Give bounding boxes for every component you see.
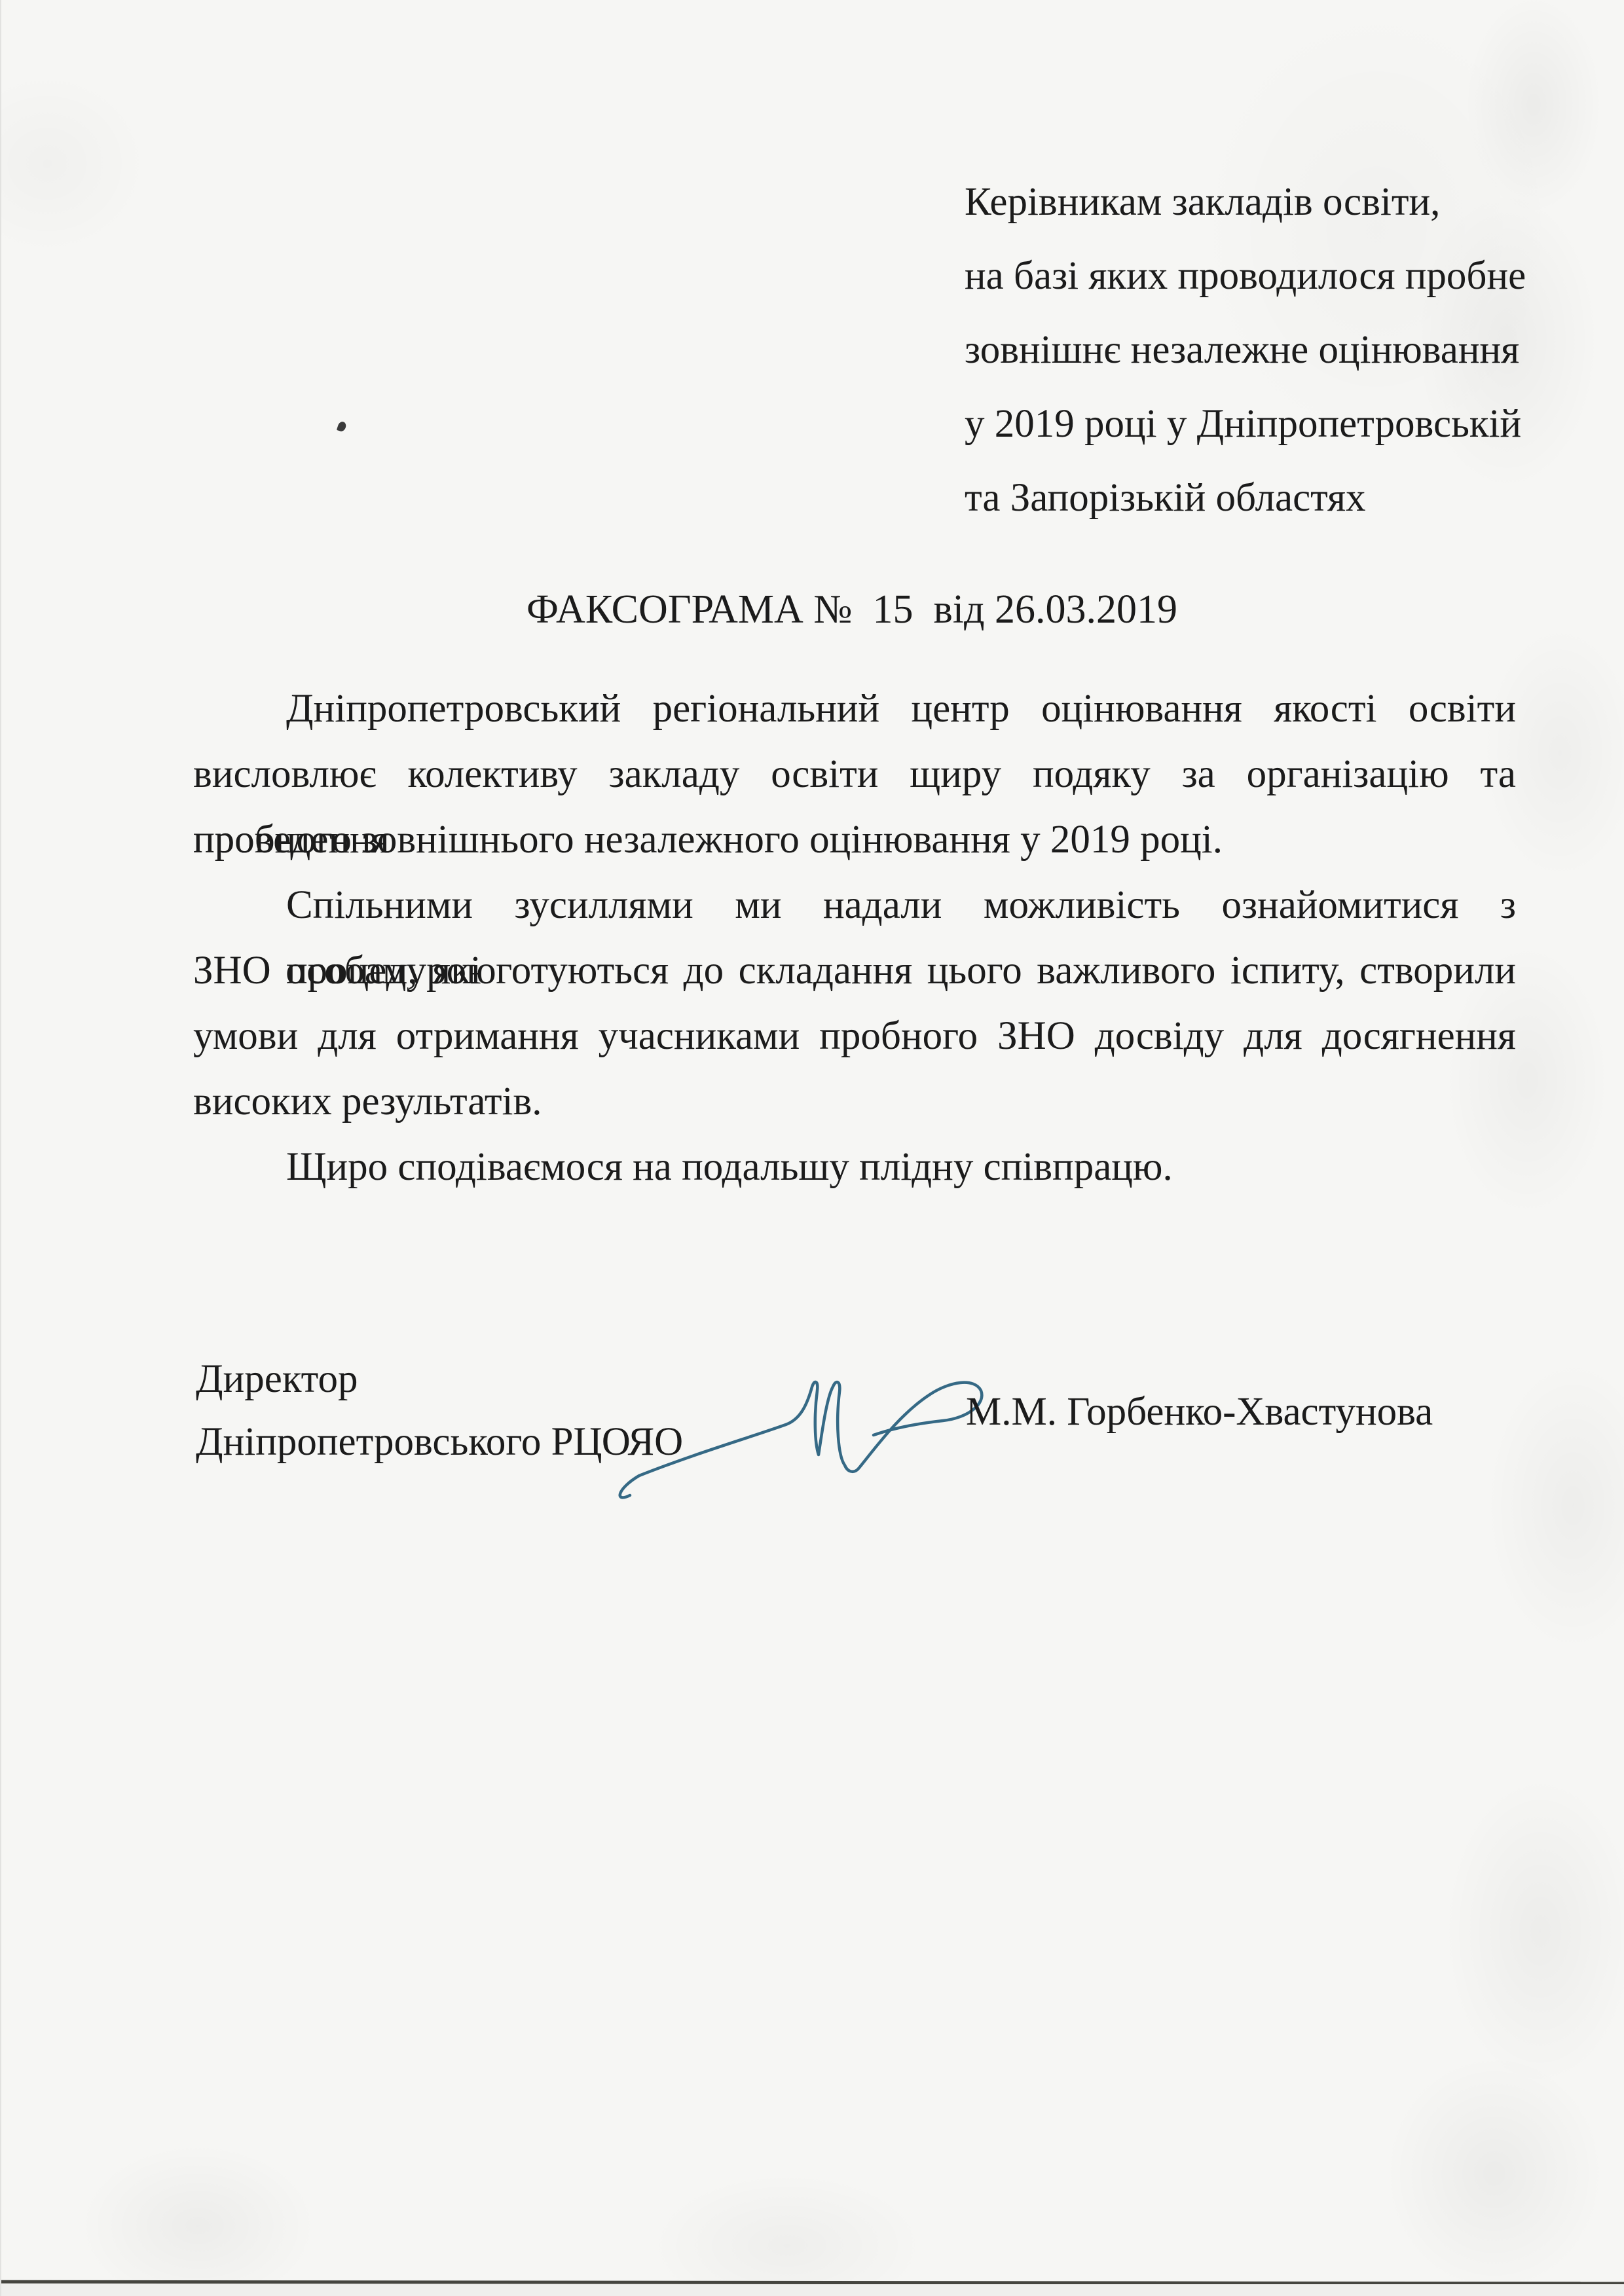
body-line: умови для отримання учасниками пробного … [193,1004,1516,1069]
body-line: Щиро сподіваємося на подальшу плідну спі… [193,1135,1516,1200]
body-line: Спільними зусиллями ми надали можливість… [193,873,1516,938]
recipient-block: Керівникам закладів освіти, на базі яких… [965,165,1554,535]
recipient-line: зовнішнє незалежне оцінювання [965,313,1554,387]
body-line: пробного зовнішнього незалежного оцінюва… [193,807,1516,873]
body-line: висловлює колективу закладу освіти щиру … [193,742,1516,807]
signatory-name: М.М. Горбенко-Хвастунова [966,1389,1433,1435]
recipient-line: Керівникам закладів освіти, [965,165,1554,239]
body-line: високих результатів. [193,1069,1516,1135]
recipient-line: та Запорізькій областях [965,461,1554,535]
document-title: ФАКСОГРАМА № 15 від 26.03.2019 [1,587,1624,633]
letter-body: Дніпропетровський регіональний центр оці… [193,676,1516,1200]
handwritten-signature [604,1374,1010,1511]
ink-speck [337,421,347,433]
recipient-line: у 2019 році у Дніпропетровській [965,387,1554,461]
scanned-letter-page: Керівникам закладів освіти, на базі яких… [0,0,1624,2296]
signatory-role-title: Директор [196,1357,358,1402]
body-line: ЗНО особам, які готуються до складання ц… [193,938,1516,1004]
scanner-background-strip [1,2284,1624,2296]
body-line: Дніпропетровський регіональний центр оці… [193,676,1516,742]
recipient-line: на базі яких проводилося пробне [965,239,1554,313]
